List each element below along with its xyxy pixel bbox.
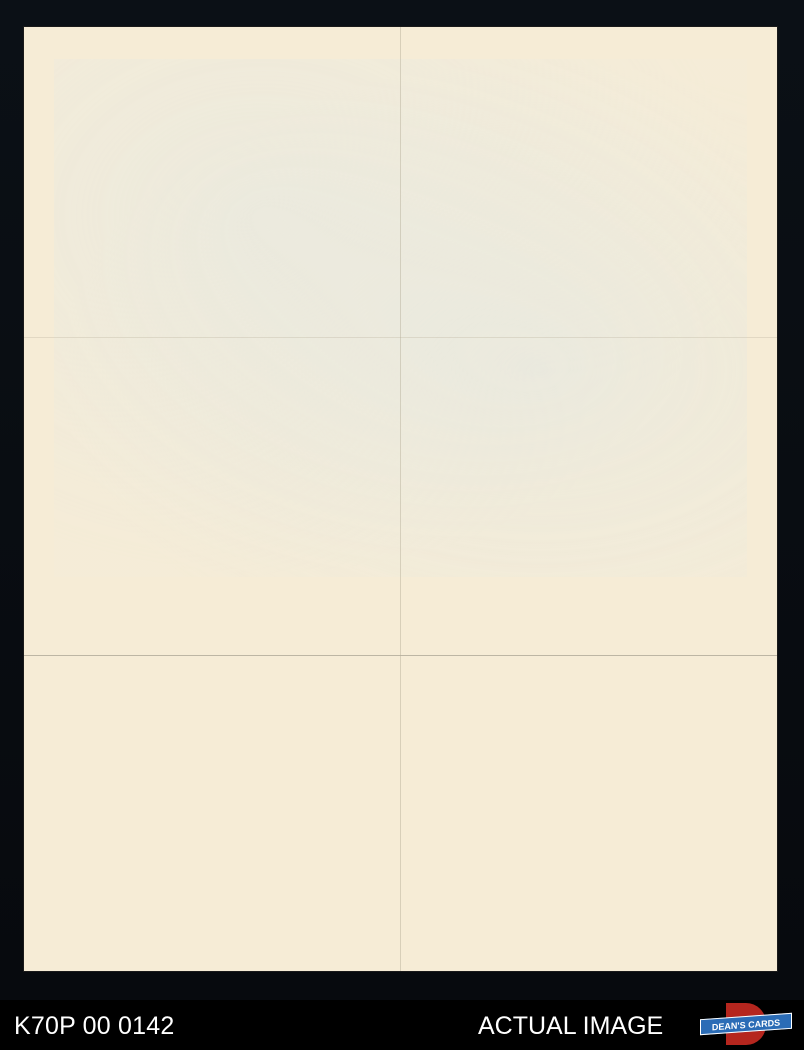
actual-image-label: ACTUAL IMAGE <box>478 1012 663 1041</box>
logo-banner: DEAN'S CARDS <box>700 1013 792 1035</box>
deans-cards-logo: DEAN'S CARDS <box>700 1003 792 1045</box>
fold-line <box>400 27 401 971</box>
sku-label: K70P 00 0142 <box>14 1012 174 1041</box>
card-back <box>24 27 777 971</box>
